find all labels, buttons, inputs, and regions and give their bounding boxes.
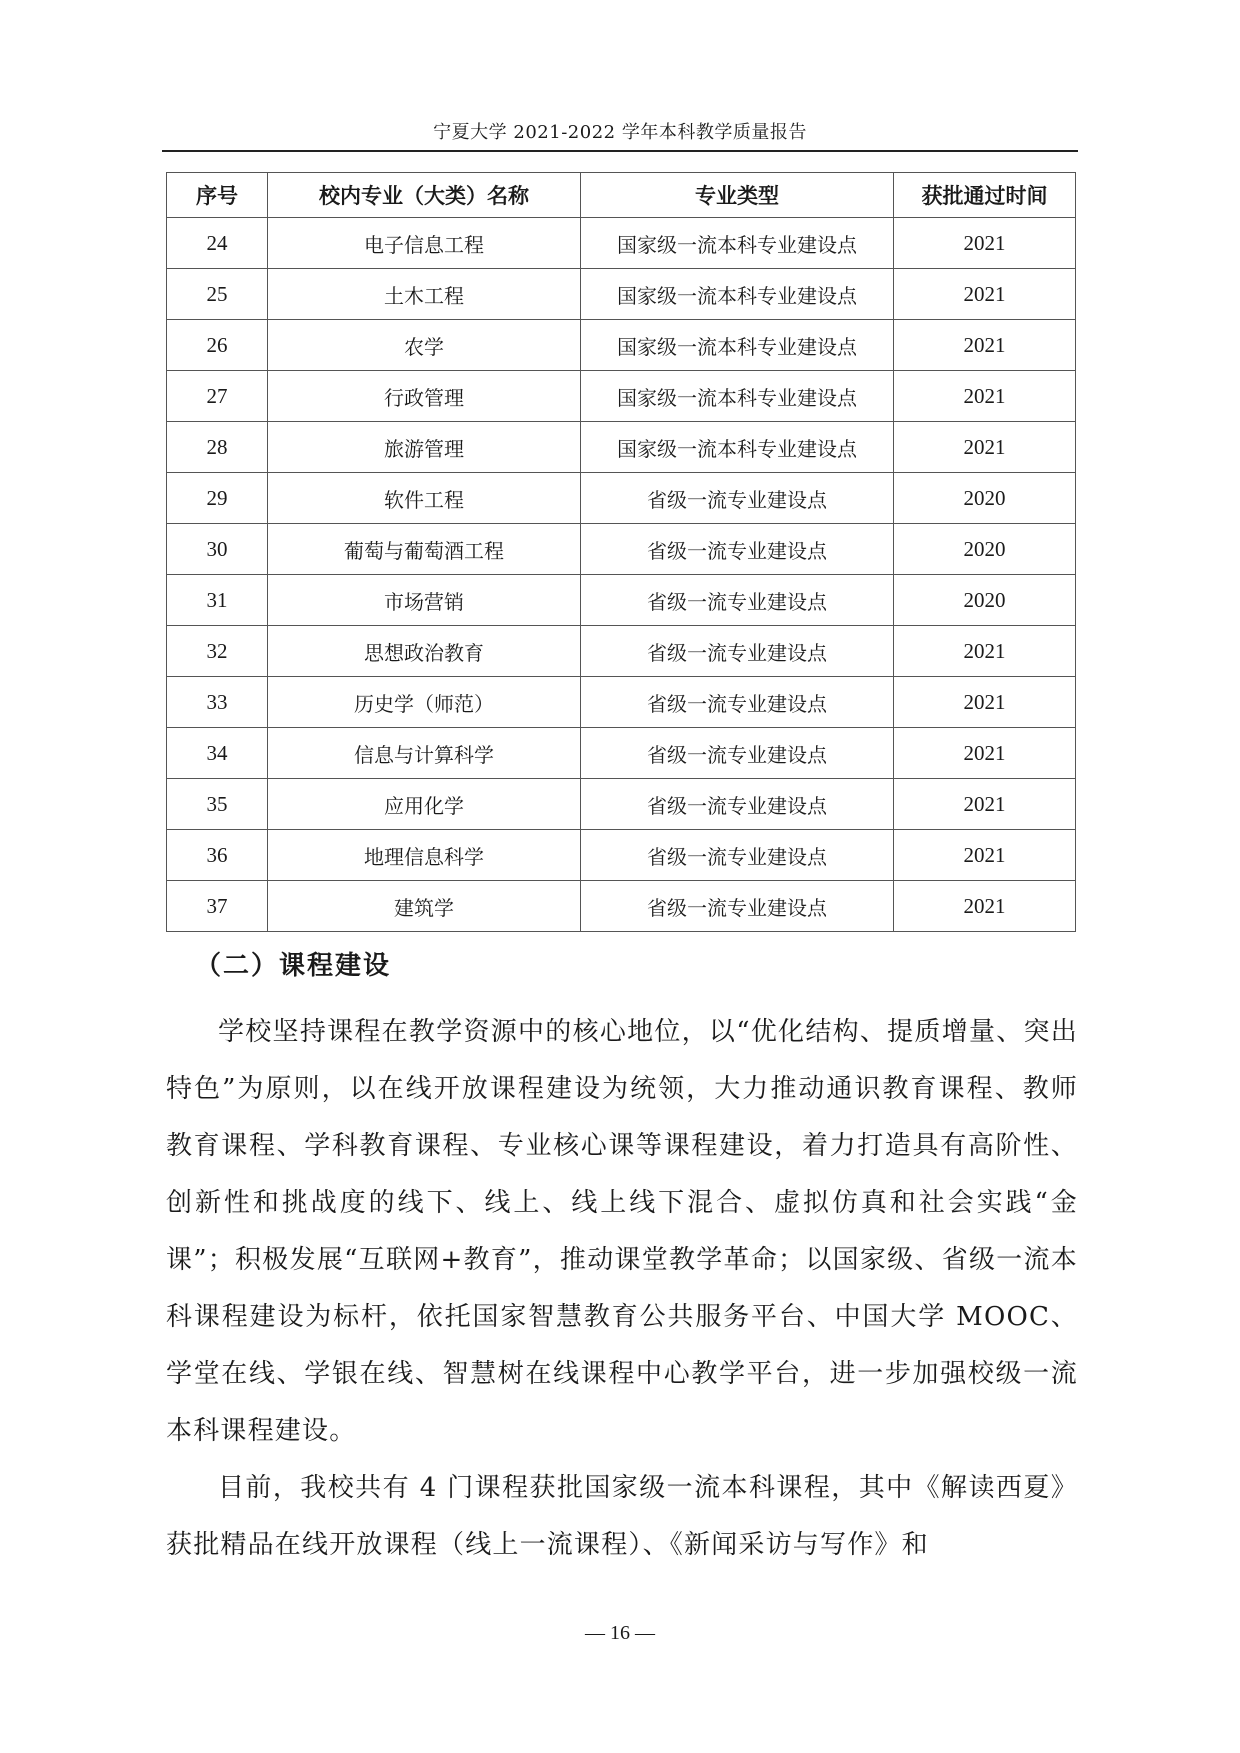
section-heading: （二）课程建设: [195, 945, 391, 982]
cell-major-name: 应用化学: [268, 779, 581, 830]
cell-major-name: 软件工程: [268, 473, 581, 524]
cell-index: 28: [167, 422, 268, 473]
cell-major-name: 葡萄与葡萄酒工程: [268, 524, 581, 575]
cell-index: 26: [167, 320, 268, 371]
table-row: 27行政管理国家级一流本科专业建设点2021: [167, 371, 1076, 422]
cell-approval-year: 2021: [894, 218, 1076, 269]
cell-approval-year: 2020: [894, 524, 1076, 575]
cell-approval-year: 2021: [894, 320, 1076, 371]
table-row: 25土木工程国家级一流本科专业建设点2021: [167, 269, 1076, 320]
cell-index: 30: [167, 524, 268, 575]
cell-major-name: 农学: [268, 320, 581, 371]
header-rule: [162, 150, 1078, 152]
cell-major-type: 省级一流专业建设点: [581, 830, 894, 881]
paragraph: 目前，我校共有 4 门课程获批国家级一流本科课程，其中《解读西夏》获批精品在线开…: [166, 1460, 1078, 1574]
cell-major-type: 省级一流专业建设点: [581, 779, 894, 830]
cell-approval-year: 2021: [894, 677, 1076, 728]
cell-approval-year: 2021: [894, 830, 1076, 881]
table-row: 34信息与计算科学省级一流专业建设点2021: [167, 728, 1076, 779]
cell-major-name: 地理信息科学: [268, 830, 581, 881]
cell-approval-year: 2021: [894, 422, 1076, 473]
cell-major-type: 省级一流专业建设点: [581, 575, 894, 626]
cell-approval-year: 2020: [894, 575, 1076, 626]
table-row: 26农学国家级一流本科专业建设点2021: [167, 320, 1076, 371]
body-text: 学校坚持课程在教学资源中的核心地位，以“优化结构、提质增量、突出特色”为原则，以…: [166, 1004, 1078, 1574]
cell-major-name: 建筑学: [268, 881, 581, 932]
table-header-row: 序号 校内专业（大类）名称 专业类型 获批通过时间: [167, 173, 1076, 218]
table-row: 36地理信息科学省级一流专业建设点2021: [167, 830, 1076, 881]
cell-major-type: 国家级一流本科专业建设点: [581, 218, 894, 269]
majors-table: 序号 校内专业（大类）名称 专业类型 获批通过时间 24电子信息工程国家级一流本…: [166, 172, 1076, 932]
cell-major-name: 行政管理: [268, 371, 581, 422]
table-row: 37建筑学省级一流专业建设点2021: [167, 881, 1076, 932]
cell-major-name: 信息与计算科学: [268, 728, 581, 779]
cell-major-type: 国家级一流本科专业建设点: [581, 422, 894, 473]
cell-index: 34: [167, 728, 268, 779]
table-row: 31市场营销省级一流专业建设点2020: [167, 575, 1076, 626]
table-row: 32思想政治教育省级一流专业建设点2021: [167, 626, 1076, 677]
cell-index: 31: [167, 575, 268, 626]
cell-index: 33: [167, 677, 268, 728]
table-row: 29软件工程省级一流专业建设点2020: [167, 473, 1076, 524]
running-header: 宁夏大学 2021-2022 学年本科教学质量报告: [162, 118, 1078, 144]
table-row: 33历史学（师范）省级一流专业建设点2021: [167, 677, 1076, 728]
cell-approval-year: 2021: [894, 371, 1076, 422]
cell-index: 29: [167, 473, 268, 524]
column-header-major-name: 校内专业（大类）名称: [268, 173, 581, 218]
cell-approval-year: 2020: [894, 473, 1076, 524]
cell-major-type: 省级一流专业建设点: [581, 524, 894, 575]
cell-approval-year: 2021: [894, 728, 1076, 779]
cell-approval-year: 2021: [894, 779, 1076, 830]
column-header-index: 序号: [167, 173, 268, 218]
cell-major-type: 省级一流专业建设点: [581, 677, 894, 728]
cell-index: 27: [167, 371, 268, 422]
table-row: 30葡萄与葡萄酒工程省级一流专业建设点2020: [167, 524, 1076, 575]
cell-index: 35: [167, 779, 268, 830]
cell-approval-year: 2021: [894, 269, 1076, 320]
cell-approval-year: 2021: [894, 881, 1076, 932]
cell-index: 32: [167, 626, 268, 677]
cell-index: 24: [167, 218, 268, 269]
cell-major-type: 省级一流专业建设点: [581, 626, 894, 677]
cell-major-name: 市场营销: [268, 575, 581, 626]
cell-major-type: 省级一流专业建设点: [581, 881, 894, 932]
column-header-approval-year: 获批通过时间: [894, 173, 1076, 218]
cell-approval-year: 2021: [894, 626, 1076, 677]
cell-index: 36: [167, 830, 268, 881]
table-row: 24电子信息工程国家级一流本科专业建设点2021: [167, 218, 1076, 269]
cell-major-name: 旅游管理: [268, 422, 581, 473]
table-row: 28旅游管理国家级一流本科专业建设点2021: [167, 422, 1076, 473]
page-number: — 16 —: [0, 1622, 1240, 1645]
cell-major-type: 国家级一流本科专业建设点: [581, 320, 894, 371]
cell-major-type: 国家级一流本科专业建设点: [581, 371, 894, 422]
cell-major-name: 思想政治教育: [268, 626, 581, 677]
cell-major-type: 省级一流专业建设点: [581, 728, 894, 779]
column-header-major-type: 专业类型: [581, 173, 894, 218]
table-row: 35应用化学省级一流专业建设点2021: [167, 779, 1076, 830]
cell-major-name: 土木工程: [268, 269, 581, 320]
cell-major-name: 历史学（师范）: [268, 677, 581, 728]
cell-index: 25: [167, 269, 268, 320]
cell-major-type: 国家级一流本科专业建设点: [581, 269, 894, 320]
cell-major-name: 电子信息工程: [268, 218, 581, 269]
cell-index: 37: [167, 881, 268, 932]
paragraph: 学校坚持课程在教学资源中的核心地位，以“优化结构、提质增量、突出特色”为原则，以…: [166, 1004, 1078, 1460]
cell-major-type: 省级一流专业建设点: [581, 473, 894, 524]
